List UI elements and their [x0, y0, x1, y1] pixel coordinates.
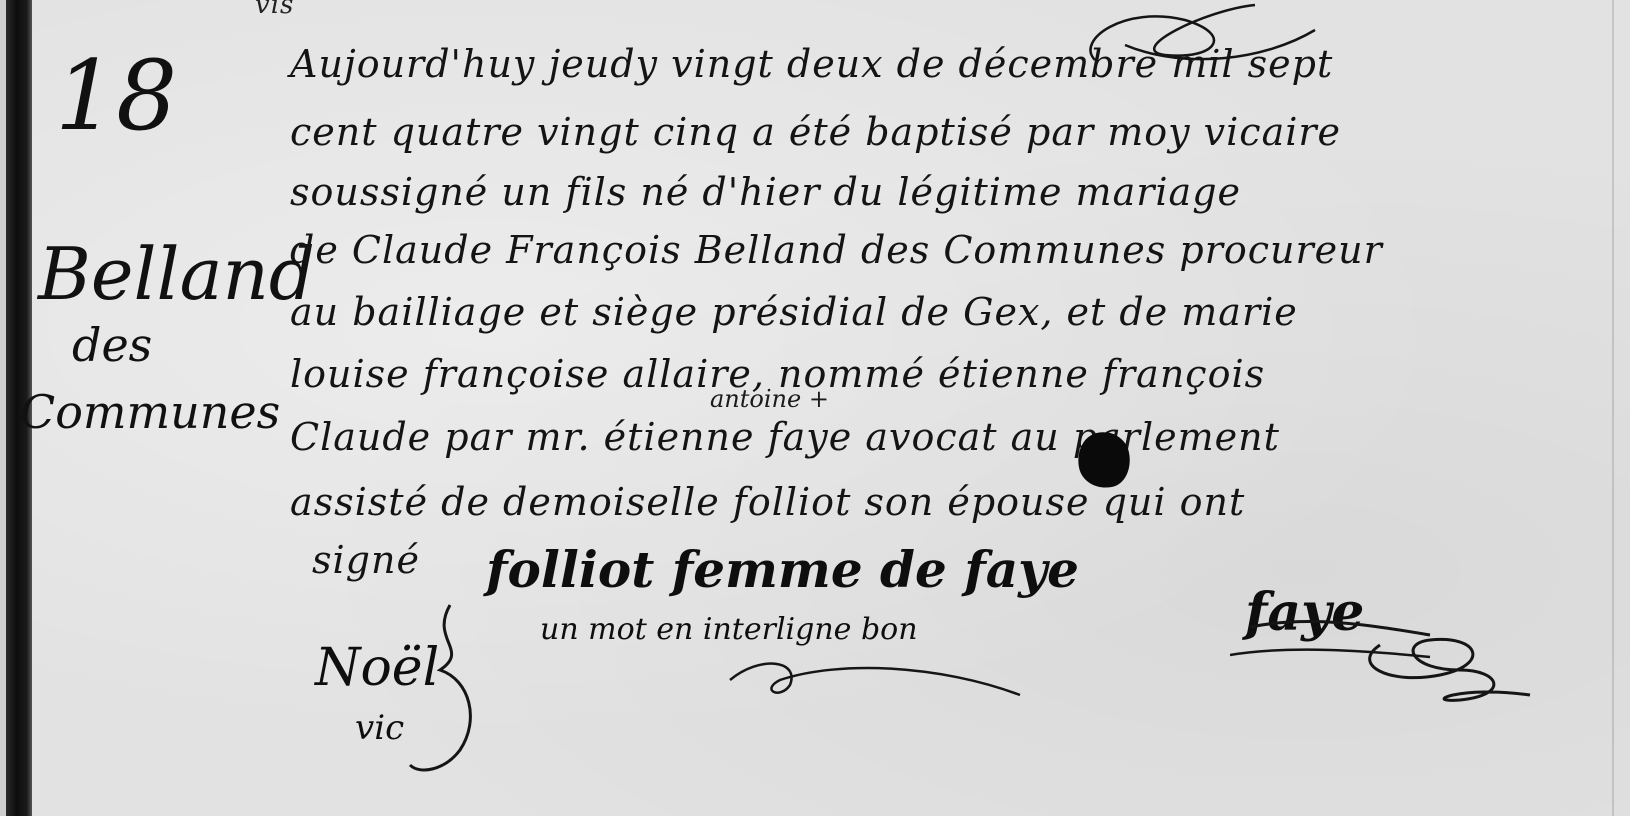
- margin-locality: Communes: [20, 385, 280, 439]
- body-line-1: Aujourd'huy jeudy vingt deux de décembre…: [290, 42, 1333, 86]
- previous-entry-fragment: vis: [255, 0, 294, 20]
- priest-paraph-icon: [400, 600, 500, 780]
- godmother-signature: folliot femme de faye: [486, 540, 1079, 599]
- body-line-5: au bailliage et siège présidial de Gex, …: [290, 290, 1298, 334]
- body-line-3: soussigné un fils né d'hier du légitime …: [290, 170, 1241, 214]
- margin-rule: [1612, 0, 1614, 816]
- approval-note: un mot en interligne bon: [540, 612, 918, 647]
- interlinear-insertion: antoine +: [710, 385, 829, 413]
- priest-title: vic: [355, 708, 404, 748]
- godfather-paraph-icon: [1230, 615, 1560, 705]
- body-line-9: signé: [312, 538, 420, 582]
- body-line-2: cent quatre vingt cinq a été baptisé par…: [290, 110, 1341, 154]
- margin-surname: Belland: [38, 232, 315, 316]
- body-line-4: de Claude François Belland des Communes …: [290, 228, 1383, 272]
- note-flourish-icon: [720, 650, 1040, 710]
- entry-number: 18: [55, 40, 177, 152]
- body-line-7: Claude par mr. étienne faye avocat au pa…: [290, 415, 1280, 459]
- margin-particle: des: [72, 318, 152, 372]
- register-page: vis 18 Belland des Communes Aujourd'huy …: [0, 0, 1630, 816]
